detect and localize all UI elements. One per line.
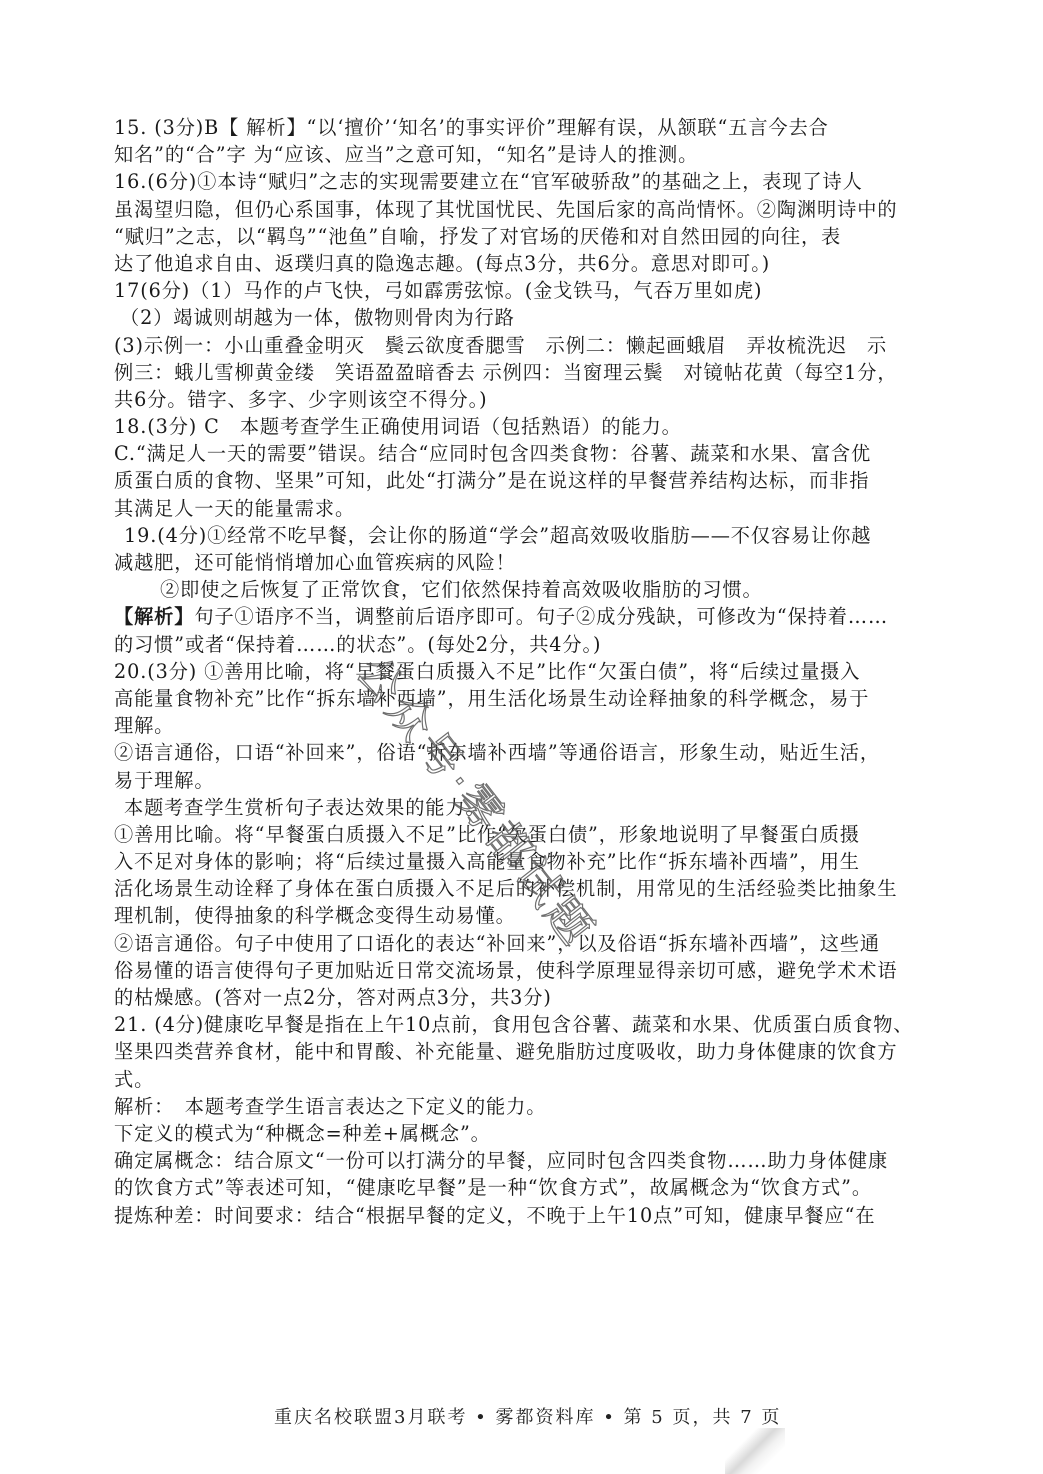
q16-line-4: 达了他追求自由、返璞归真的隐逸志趣。(每点3分，共6分。意思对即可。)	[114, 250, 942, 277]
q18-line-1: 18.(3分) C 本题考查学生正确使用词语（包括熟语）的能力。	[114, 413, 942, 440]
q21-line-1: 21. (4分)健康吃早餐是指在上午10点前，食用包含谷薯、蔬菜和水果、优质蛋白…	[114, 1011, 942, 1038]
q18-line-3: 质蛋白质的食物、坚果”可知，此处“打满分”是在说这样的早餐营养结构达标，而非指	[114, 467, 942, 494]
q17-line-1: 17(6分)（1）马作的卢飞快，弓如霹雳弦惊。(金戈铁马，气吞万里如虎)	[114, 277, 942, 304]
q15-line-2: 知名”的“合”字 为“应该、应当”之意可知，“知名”是诗人的推测。	[114, 141, 942, 168]
q20-line-13: 的枯燥感。(答对一点2分，答对两点3分，共3分)	[114, 984, 942, 1011]
q20-line-3: 理解。	[114, 712, 942, 739]
q15-line-1: 15. (3分)B【 解析】“以‘擅价’‘知名’的事实评价”理解有误，从颔联“五…	[114, 114, 942, 141]
q18-line-4: 其满足人一天的能量需求。	[114, 495, 942, 522]
q21-line-7: 的饮食方式”等表述可知，“健康吃早餐”是一种“饮食方式”，故属概念为“饮食方式”…	[114, 1174, 942, 1201]
q21-line-6: 确定属概念：结合原文“一份可以打满分的早餐，应同时包含四类食物……助力身体健康	[114, 1147, 942, 1174]
q19-analysis-line-1: 【解析】句子①语序不当，调整前后语序即可。句子②成分残缺，可修改为“保持着……	[114, 603, 942, 630]
q19-analysis-line-2: 的习惯”或者“保持着……的状态”。(每处2分，共4分。)	[114, 631, 942, 658]
q16-line-2: 虽渴望归隐，但仍心系国事，体现了其忧国忧民、先国后家的高尚情怀。②陶渊明诗中的	[114, 196, 942, 223]
analysis-label: 【解析】	[114, 605, 194, 628]
q19-line-2: 减越肥，还可能悄悄增加心血管疾病的风险！	[114, 549, 942, 576]
q20-line-11: ②语言通俗。句子中使用了口语化的表达“补回来”，以及俗语“拆东墙补西墙”，这些通	[114, 930, 942, 957]
q16-line-1: 16.(6分)①本诗“赋归”之志的实现需要建立在“官军破骄敌”的基础之上，表现了…	[114, 168, 942, 195]
document-page: 15. (3分)B【 解析】“以‘擅价’‘知名’的事实评价”理解有误，从颔联“五…	[0, 0, 1043, 1474]
q20-line-12: 俗易懂的语言使得句子更加贴近日常交流场景，使科学原理显得亲切可感，避免学术术语	[114, 957, 942, 984]
page-footer: 重庆名校联盟3月联考 • 雾都资料库 • 第 5 页，共 7 页	[274, 1403, 781, 1429]
q18-line-2: C.“满足人一天的需要”错误。结合“应同时包含四类食物：谷薯、蔬菜和水果、富含优	[114, 440, 942, 467]
q20-line-1: 20.(3分) ①善用比喻，将“早餐蛋白质摄入不足”比作“欠蛋白债”，将“后续过…	[114, 658, 942, 685]
q20-line-2: 高能量食物补充”比作“拆东墙补西墙”，用生活化场景生动诠释抽象的科学概念，易于	[114, 685, 942, 712]
q21-line-8: 提炼种差：时间要求：结合“根据早餐的定义，不晚于上午10点”可知，健康早餐应“在	[114, 1202, 942, 1229]
analysis-text: 句子①语序不当，调整前后语序即可。句子②成分残缺，可修改为“保持着……	[194, 605, 888, 628]
q20-line-5: 易于理解。	[114, 767, 942, 794]
q20-line-4: ②语言通俗，口语“补回来”，俗语“拆东墙补西墙”等通俗语言，形象生动，贴近生活，	[114, 739, 942, 766]
q17-line-5: 共6分。错字、多字、少字则该空不得分。)	[114, 386, 942, 413]
q17-line-3: (3)示例一：小山重叠金明灭 鬓云欲度香腮雪 示例二：懒起画蛾眉 弄妆梳洗迟 示	[114, 332, 942, 359]
page-curl-shadow	[725, 1428, 785, 1474]
answer-content: 15. (3分)B【 解析】“以‘擅价’‘知名’的事实评价”理解有误，从颔联“五…	[114, 114, 942, 1229]
q21-line-5: 下定义的模式为“种概念=种差+属概念”。	[114, 1120, 942, 1147]
q16-line-3: “赋归”之志，以“羁鸟”“池鱼”自喻，抒发了对官场的厌倦和对自然田园的向往，表	[114, 223, 942, 250]
q21-line-4: 解析： 本题考查学生语言表达之下定义的能力。	[114, 1093, 942, 1120]
q21-line-2: 坚果四类营养食材，能中和胃酸、补充能量、避免脂肪过度吸收，助力身体健康的饮食方	[114, 1038, 942, 1065]
q21-line-3: 式。	[114, 1066, 942, 1093]
q19-line-1: 19.(4分)①经常不吃早餐，会让你的肠道“学会”超高效吸收脂肪——不仅容易让你…	[114, 522, 942, 549]
q17-line-2: （2）竭诚则胡越为一体，傲物则骨肉为行路	[114, 304, 942, 331]
q17-line-4: 例三：蛾儿雪柳黄金缕 笑语盈盈暗香去 示例四：当窗理云鬓 对镜帖花黄（每空1分，	[114, 359, 942, 386]
q19-line-3: ②即使之后恢复了正常饮食，它们依然保持着高效吸收脂肪的习惯。	[114, 576, 942, 603]
